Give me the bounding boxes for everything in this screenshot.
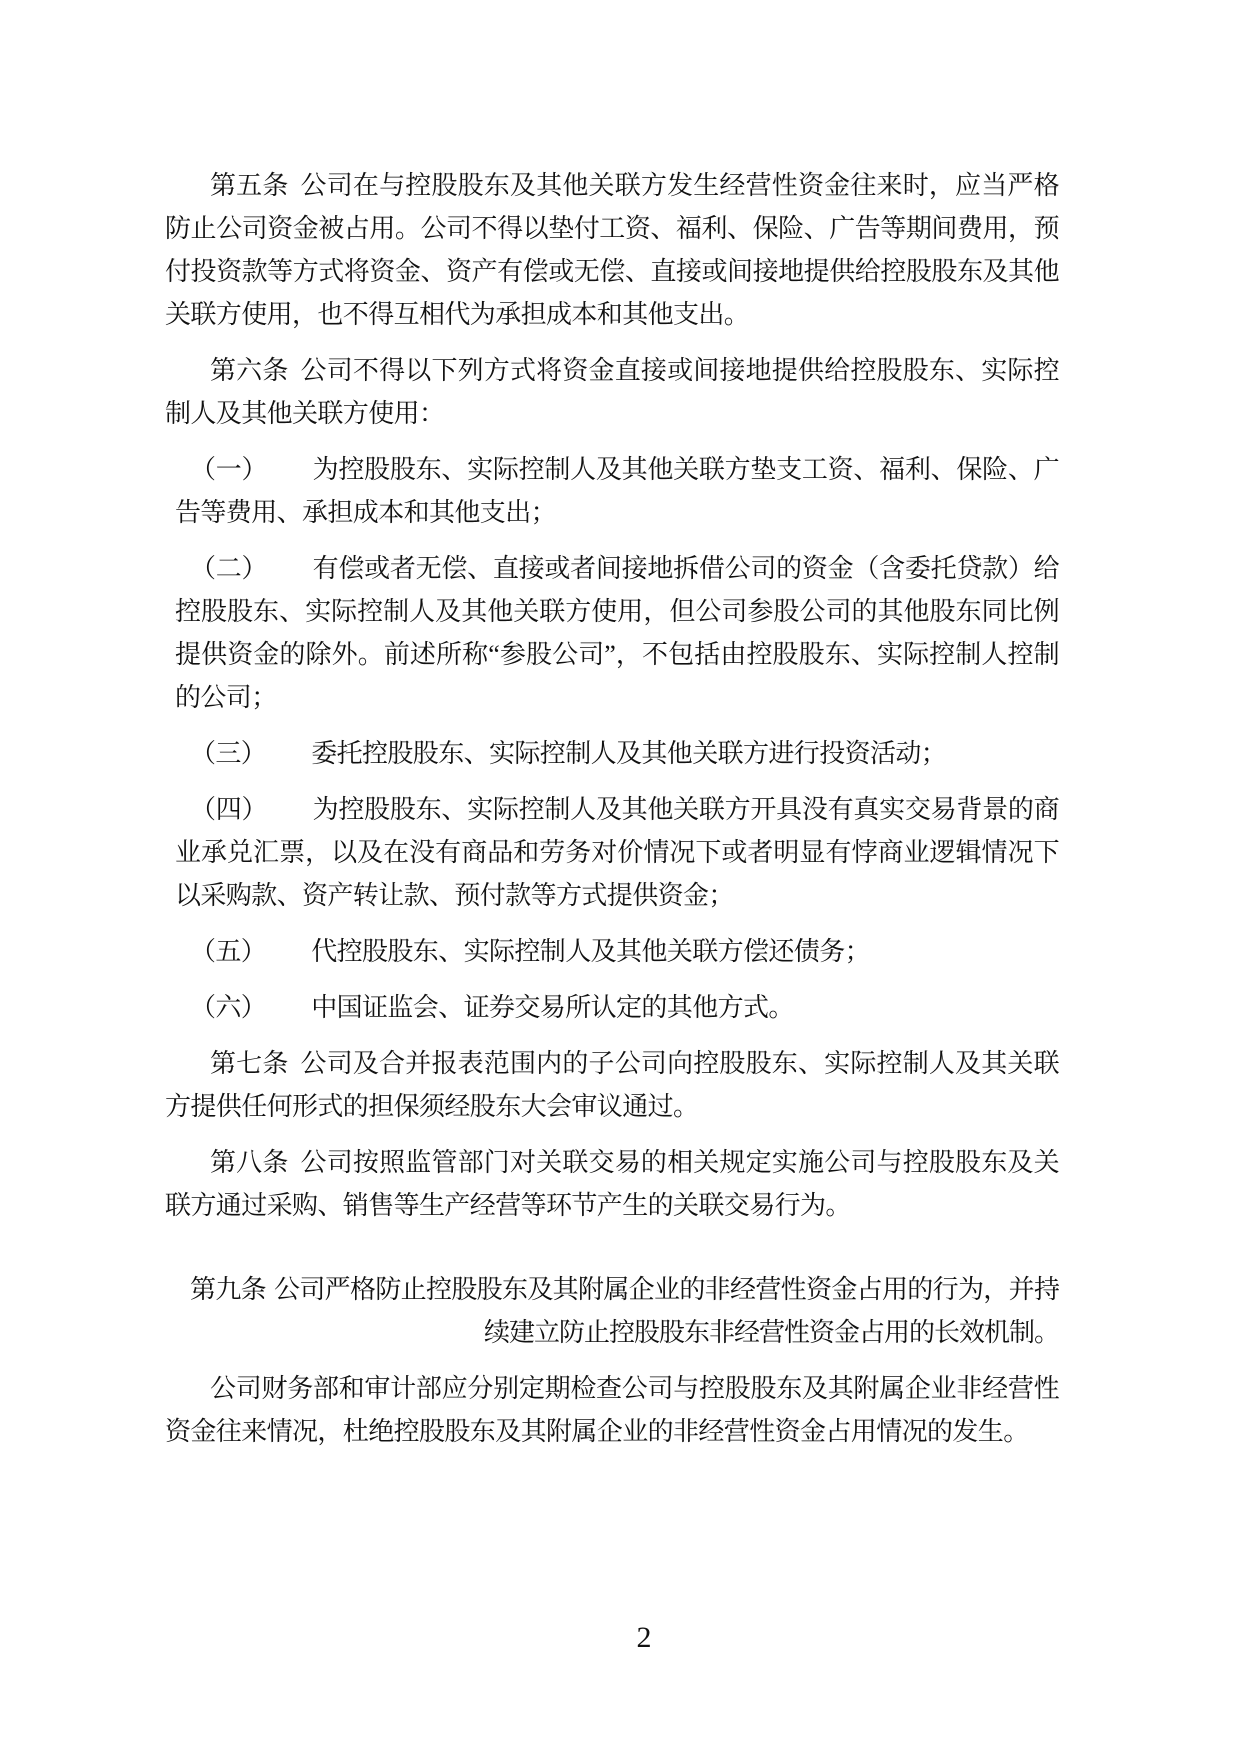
article-7-paragraph: 第七条公司及合并报表范围内的子公司向控股股东、实际控制人及其关联方提供任何形式的… (165, 1042, 1059, 1128)
list-item-5: （五）代控股股东、实际控制人及其他关联方偿还债务； (165, 930, 1059, 973)
article-7-label: 第七条 (210, 1049, 289, 1078)
list-item-4-number: （四） (190, 795, 267, 824)
article-8-text: 公司按照监管部门对关联交易的相关规定实施公司与控股股东及关联方通过采购、销售等生… (165, 1148, 1059, 1220)
list-item-5-number: （五） (190, 937, 266, 966)
list-item-1-number: （一） (190, 455, 267, 484)
list-item-6-number: （六） (190, 993, 266, 1022)
list-item-3-text: 委托控股股东、实际控制人及其他关联方进行投资活动； (311, 739, 946, 768)
list-item-3-number: （三） (190, 739, 266, 768)
list-item-2-number: （二） (190, 554, 267, 583)
list-item-2: （二）有偿或者无偿、直接或者间接地拆借公司的资金（含委托贷款）给控股股东、实际控… (165, 547, 1059, 719)
list-item-6: （六）中国证监会、证券交易所认定的其他方式。 (165, 986, 1059, 1029)
article-9-text: 公司严格防止控股股东及其附属企业的非经营性资金占用的行为，并持续建立防止控股股东… (274, 1275, 1059, 1347)
list-item-3: （三）委托控股股东、实际控制人及其他关联方进行投资活动； (165, 732, 1059, 775)
closing-paragraph-text: 公司财务部和审计部应分别定期检查公司与控股股东及其附属企业非经营性资金往来情况，… (165, 1374, 1059, 1446)
page-number: 2 (637, 1622, 652, 1654)
article-6-text: 公司不得以下列方式将资金直接或间接地提供给控股股东、实际控制人及其他关联方使用： (165, 356, 1059, 428)
article-6-label: 第六条 (210, 356, 289, 385)
article-6-paragraph: 第六条公司不得以下列方式将资金直接或间接地提供给控股股东、实际控制人及其他关联方… (165, 349, 1059, 435)
article-5-paragraph: 第五条公司在与控股股东及其他关联方发生经营性资金往来时，应当严格防止公司资金被占… (165, 164, 1059, 336)
article-8-label: 第八条 (210, 1148, 289, 1177)
list-item-1-text: 为控股股东、实际控制人及其他关联方垫支工资、福利、保险、广告等费用、承担成本和其… (175, 455, 1059, 527)
article-7-text: 公司及合并报表范围内的子公司向控股股东、实际控制人及其关联方提供任何形式的担保须… (165, 1049, 1059, 1121)
article-9-label: 第九条 (190, 1275, 266, 1304)
article-5-text: 公司在与控股股东及其他关联方发生经营性资金往来时，应当严格防止公司资金被占用。公… (165, 171, 1059, 329)
list-item-4-text: 为控股股东、实际控制人及其他关联方开具没有真实交易背景的商业承兑汇票，以及在没有… (175, 795, 1059, 910)
article-8-paragraph: 第八条公司按照监管部门对关联交易的相关规定实施公司与控股股东及关联方通过采购、销… (165, 1141, 1059, 1227)
list-item-4: （四）为控股股东、实际控制人及其他关联方开具没有真实交易背景的商业承兑汇票，以及… (165, 788, 1059, 917)
list-item-1: （一）为控股股东、实际控制人及其他关联方垫支工资、福利、保险、广告等费用、承担成… (165, 448, 1059, 534)
article-9-paragraph: 第九条公司严格防止控股股东及其附属企业的非经营性资金占用的行为，并持续建立防止控… (165, 1268, 1059, 1354)
list-item-6-text: 中国证监会、证券交易所认定的其他方式。 (311, 993, 794, 1022)
closing-paragraph: 公司财务部和审计部应分别定期检查公司与控股股东及其附属企业非经营性资金往来情况，… (165, 1367, 1059, 1453)
article-5-label: 第五条 (210, 171, 289, 200)
document-body: 第五条公司在与控股股东及其他关联方发生经营性资金往来时，应当严格防止公司资金被占… (165, 164, 1059, 1466)
list-item-2-text: 有偿或者无偿、直接或者间接地拆借公司的资金（含委托贷款）给控股股东、实际控制人及… (175, 554, 1059, 712)
list-item-5-text: 代控股股东、实际控制人及其他关联方偿还债务； (311, 937, 870, 966)
document-page: 第五条公司在与控股股东及其他关联方发生经营性资金往来时，应当严格防止公司资金被占… (0, 0, 1240, 1754)
